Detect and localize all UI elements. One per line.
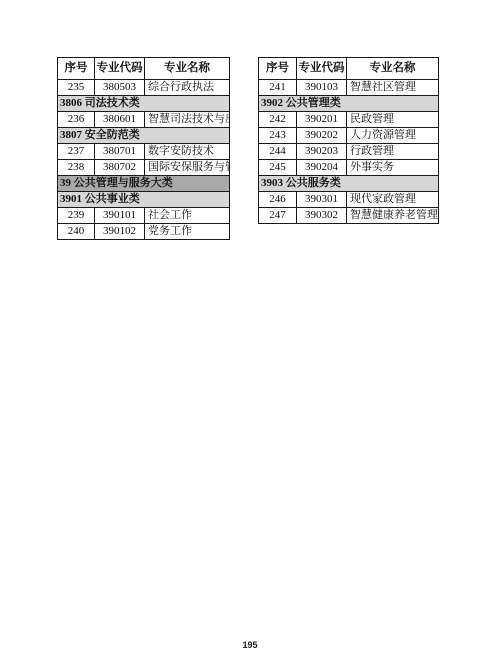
table-cell: 235	[58, 80, 95, 96]
section-row: 3903 公共服务类	[259, 176, 439, 192]
majors-table-right-wrap: 序号专业代码专业名称241390103智慧社区管理3902 公共管理类24239…	[258, 57, 438, 224]
table-cell: 390204	[297, 160, 347, 176]
table-cell: 390202	[297, 128, 347, 144]
column-header: 专业名称	[145, 58, 230, 80]
table-cell: 390102	[95, 224, 145, 240]
table-cell: 外事实务	[347, 160, 439, 176]
table-row: 239390101社会工作	[58, 208, 230, 224]
table-cell: 245	[259, 160, 297, 176]
table-row: 241390103智慧社区管理	[259, 80, 439, 96]
column-header: 专业代码	[297, 58, 347, 80]
table-cell: 242	[259, 112, 297, 128]
majors-table-right: 序号专业代码专业名称241390103智慧社区管理3902 公共管理类24239…	[258, 57, 439, 224]
table-cell: 380702	[95, 160, 145, 176]
section-row: 3902 公共管理类	[259, 96, 439, 112]
header-row: 序号专业代码专业名称	[58, 58, 230, 80]
table-cell: 241	[259, 80, 297, 96]
table-cell: 现代家政管理	[347, 192, 439, 208]
table-row: 247390302智慧健康养老管理	[259, 208, 439, 224]
table-cell: 237	[58, 144, 95, 160]
majors-table-left-wrap: 序号专业代码专业名称235380503综合行政执法3806 司法技术类23638…	[57, 57, 229, 240]
table-cell: 智慧社区管理	[347, 80, 439, 96]
table-row: 238380702国际安保服务与管理	[58, 160, 230, 176]
table-row: 235380503综合行政执法	[58, 80, 230, 96]
table-cell: 390101	[95, 208, 145, 224]
table-cell: 247	[259, 208, 297, 224]
table-cell: 党务工作	[145, 224, 230, 240]
section-row: 39 公共管理与服务大类	[58, 176, 230, 192]
table-cell: 380503	[95, 80, 145, 96]
table-cell: 智慧司法技术与应用	[145, 112, 230, 128]
table-cell: 人力资源管理	[347, 128, 439, 144]
table-cell: 数字安防技术	[145, 144, 230, 160]
table-cell: 244	[259, 144, 297, 160]
table-row: 245390204外事实务	[259, 160, 439, 176]
table-cell: 民政管理	[347, 112, 439, 128]
section-label: 3806 司法技术类	[58, 96, 230, 112]
table-cell: 380701	[95, 144, 145, 160]
table-cell: 240	[58, 224, 95, 240]
column-header: 序号	[259, 58, 297, 80]
page-number: 195	[0, 640, 500, 650]
table-cell: 390201	[297, 112, 347, 128]
column-header: 序号	[58, 58, 95, 80]
table-row: 246390301现代家政管理	[259, 192, 439, 208]
section-label: 3901 公共事业类	[58, 192, 230, 208]
column-header: 专业代码	[95, 58, 145, 80]
table-row: 236380601智慧司法技术与应用	[58, 112, 230, 128]
section-label: 3903 公共服务类	[259, 176, 439, 192]
table-cell: 390103	[297, 80, 347, 96]
table-cell: 243	[259, 128, 297, 144]
document-page: 序号专业代码专业名称235380503综合行政执法3806 司法技术类23638…	[0, 0, 500, 667]
table-cell: 390301	[297, 192, 347, 208]
section-label: 3807 安全防范类	[58, 128, 230, 144]
table-cell: 社会工作	[145, 208, 230, 224]
table-cell: 390203	[297, 144, 347, 160]
table-cell: 智慧健康养老管理	[347, 208, 439, 224]
table-cell: 390302	[297, 208, 347, 224]
table-row: 240390102党务工作	[58, 224, 230, 240]
table-cell: 239	[58, 208, 95, 224]
table-row: 242390201民政管理	[259, 112, 439, 128]
table-row: 244390203行政管理	[259, 144, 439, 160]
section-label: 3902 公共管理类	[259, 96, 439, 112]
table-cell: 国际安保服务与管理	[145, 160, 230, 176]
table-cell: 380601	[95, 112, 145, 128]
section-label: 39 公共管理与服务大类	[58, 176, 230, 192]
table-cell: 246	[259, 192, 297, 208]
table-row: 237380701数字安防技术	[58, 144, 230, 160]
section-row: 3901 公共事业类	[58, 192, 230, 208]
table-row: 243390202人力资源管理	[259, 128, 439, 144]
table-cell: 236	[58, 112, 95, 128]
column-header: 专业名称	[347, 58, 439, 80]
header-row: 序号专业代码专业名称	[259, 58, 439, 80]
table-cell: 行政管理	[347, 144, 439, 160]
majors-table-left: 序号专业代码专业名称235380503综合行政执法3806 司法技术类23638…	[57, 57, 230, 240]
section-row: 3807 安全防范类	[58, 128, 230, 144]
table-cell: 综合行政执法	[145, 80, 230, 96]
section-row: 3806 司法技术类	[58, 96, 230, 112]
table-cell: 238	[58, 160, 95, 176]
